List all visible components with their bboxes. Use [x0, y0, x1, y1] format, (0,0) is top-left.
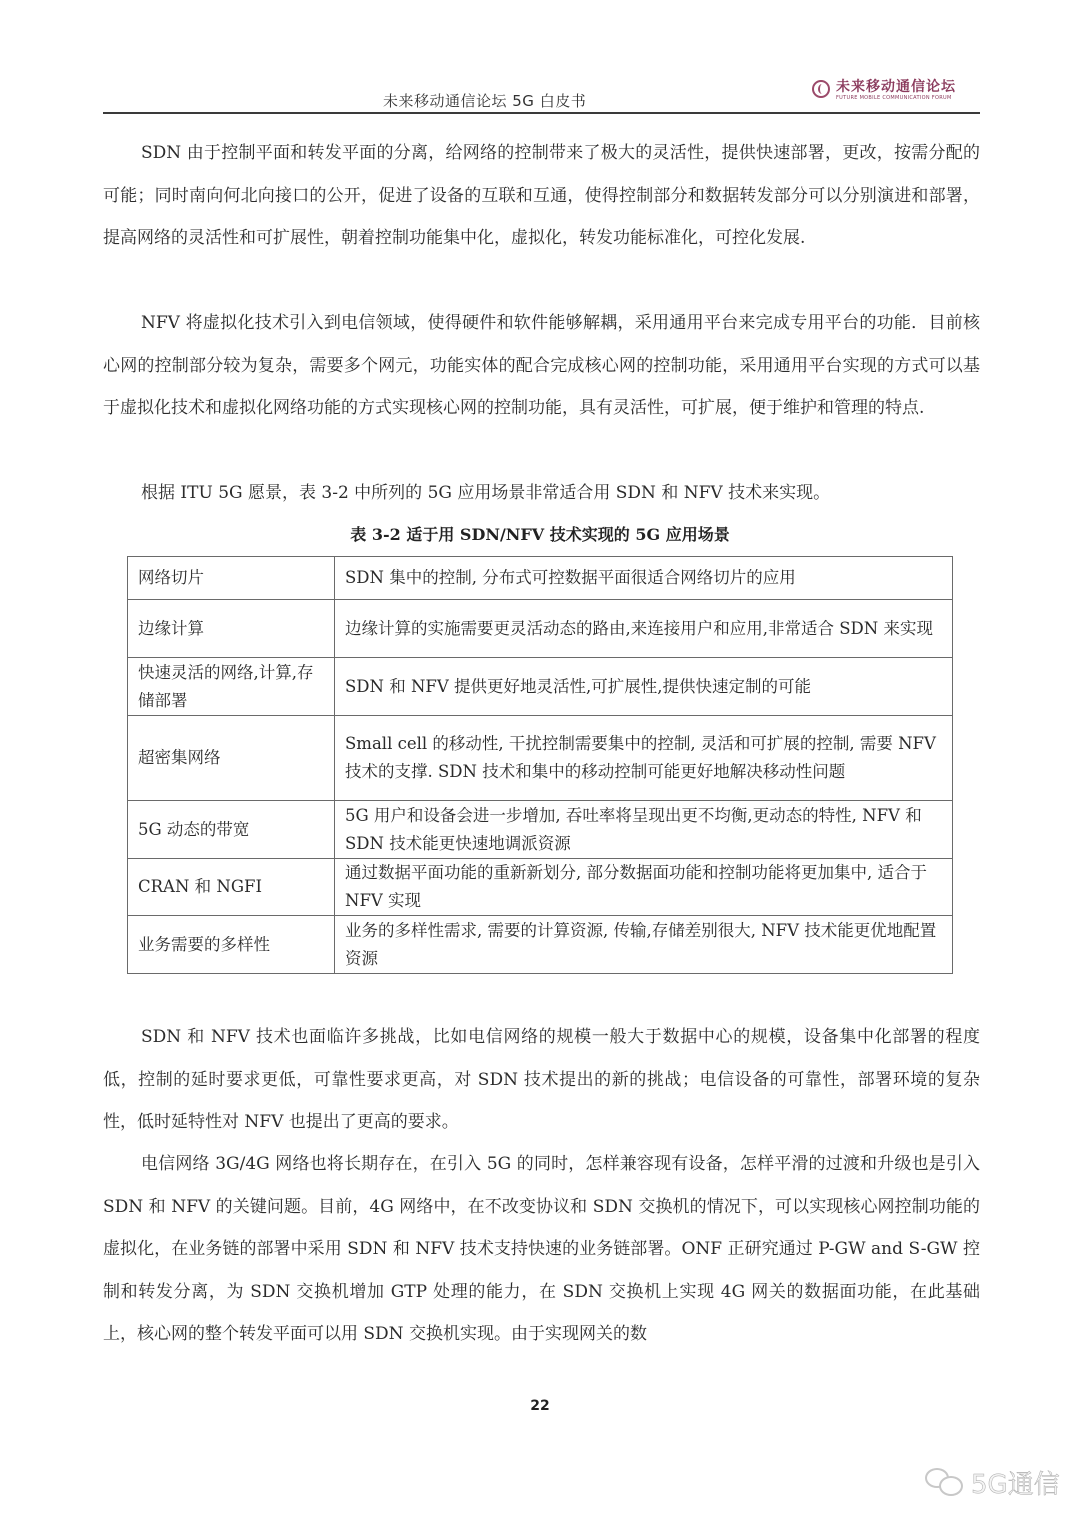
description-cell: 边缘计算的实施需要更灵活动态的路由,来连接用户和应用,非常适合 SDN 来实现	[335, 600, 953, 658]
description-cell: 通过数据平面功能的重新新划分, 部分数据面功能和控制功能将更加集中, 适合于 N…	[335, 859, 953, 916]
table-row: 边缘计算 边缘计算的实施需要更灵活动态的路由,来连接用户和应用,非常适合 SDN…	[128, 600, 953, 658]
description-cell: SDN 和 NFV 提供更好地灵活性,可扩展性,提供快速定制的可能	[335, 658, 953, 716]
watermark: 5G通信	[925, 1460, 1060, 1504]
table-row: CRAN 和 NGFI 通过数据平面功能的重新新划分, 部分数据面功能和控制功能…	[128, 859, 953, 916]
paragraph-nfv: NFV 将虚拟化技术引入到电信领域，使得硬件和软件能够解耦，采用通用平台来完成专…	[103, 302, 980, 430]
paragraph-challenges: SDN 和 NFV 技术也面临许多挑战，比如电信网络的规模一般大于数据中心的规模…	[103, 1016, 980, 1144]
page-header: 未来移动通信论坛 5G 白皮书 未来移动通信论坛 FUTURE MOBILE C…	[103, 70, 980, 114]
table-caption: 表 3-2 适于用 SDN/NFV 技术实现的 5G 应用场景	[0, 522, 1080, 545]
paragraph-sdn: SDN 由于控制平面和转发平面的分离，给网络的控制带来了极大的灵活性，提供快速部…	[103, 132, 980, 260]
description-cell: 业务的多样性需求, 需要的计算资源, 传输,存储差别很大, NFV 技术能更优地…	[335, 916, 953, 974]
header-divider	[103, 112, 980, 114]
scenario-cell: 5G 动态的带宽	[128, 801, 335, 859]
scenario-table: 网络切片 SDN 集中的控制, 分布式可控数据平面很适合网络切片的应用 边缘计算…	[127, 556, 953, 974]
table-row: 5G 动态的带宽 5G 用户和设备会进一步增加, 吞吐率将呈现出更不均衡,更动态…	[128, 801, 953, 859]
forum-logo-icon	[812, 80, 830, 98]
paragraph-itu-vision: 根据 ITU 5G 愿景，表 3-2 中所列的 5G 应用场景非常适合用 SDN…	[103, 472, 980, 515]
paragraph-migration: 电信网络 3G/4G 网络也将长期存在，在引入 5G 的同时，怎样兼容现有设备，…	[103, 1143, 980, 1356]
description-cell: SDN 集中的控制, 分布式可控数据平面很适合网络切片的应用	[335, 557, 953, 600]
table-row: 网络切片 SDN 集中的控制, 分布式可控数据平面很适合网络切片的应用	[128, 557, 953, 600]
wechat-icon	[925, 1464, 969, 1500]
description-cell: Small cell 的移动性, 干扰控制需要集中的控制, 灵活和可扩展的控制,…	[335, 716, 953, 801]
table-row: 快速灵活的网络,计算,存储部署 SDN 和 NFV 提供更好地灵活性,可扩展性,…	[128, 658, 953, 716]
scenario-cell: CRAN 和 NGFI	[128, 859, 335, 916]
scenario-cell: 快速灵活的网络,计算,存储部署	[128, 658, 335, 716]
logo-name-cn: 未来移动通信论坛	[836, 76, 956, 96]
scenario-cell: 业务需要的多样性	[128, 916, 335, 974]
forum-logo: 未来移动通信论坛 FUTURE MOBILE COMMUNICATION FOR…	[812, 76, 972, 106]
header-title: 未来移动通信论坛 5G 白皮书	[383, 90, 586, 111]
description-cell: 5G 用户和设备会进一步增加, 吞吐率将呈现出更不均衡,更动态的特性, NFV …	[335, 801, 953, 859]
scenario-cell: 边缘计算	[128, 600, 335, 658]
table-row: 业务需要的多样性 业务的多样性需求, 需要的计算资源, 传输,存储差别很大, N…	[128, 916, 953, 974]
watermark-text: 5G通信	[971, 1464, 1060, 1501]
scenario-cell: 超密集网络	[128, 716, 335, 801]
table-row: 超密集网络 Small cell 的移动性, 干扰控制需要集中的控制, 灵活和可…	[128, 716, 953, 801]
scenario-cell: 网络切片	[128, 557, 335, 600]
logo-name-en: FUTURE MOBILE COMMUNICATION FORUM	[836, 95, 952, 101]
page-number: 22	[0, 1398, 1080, 1414]
